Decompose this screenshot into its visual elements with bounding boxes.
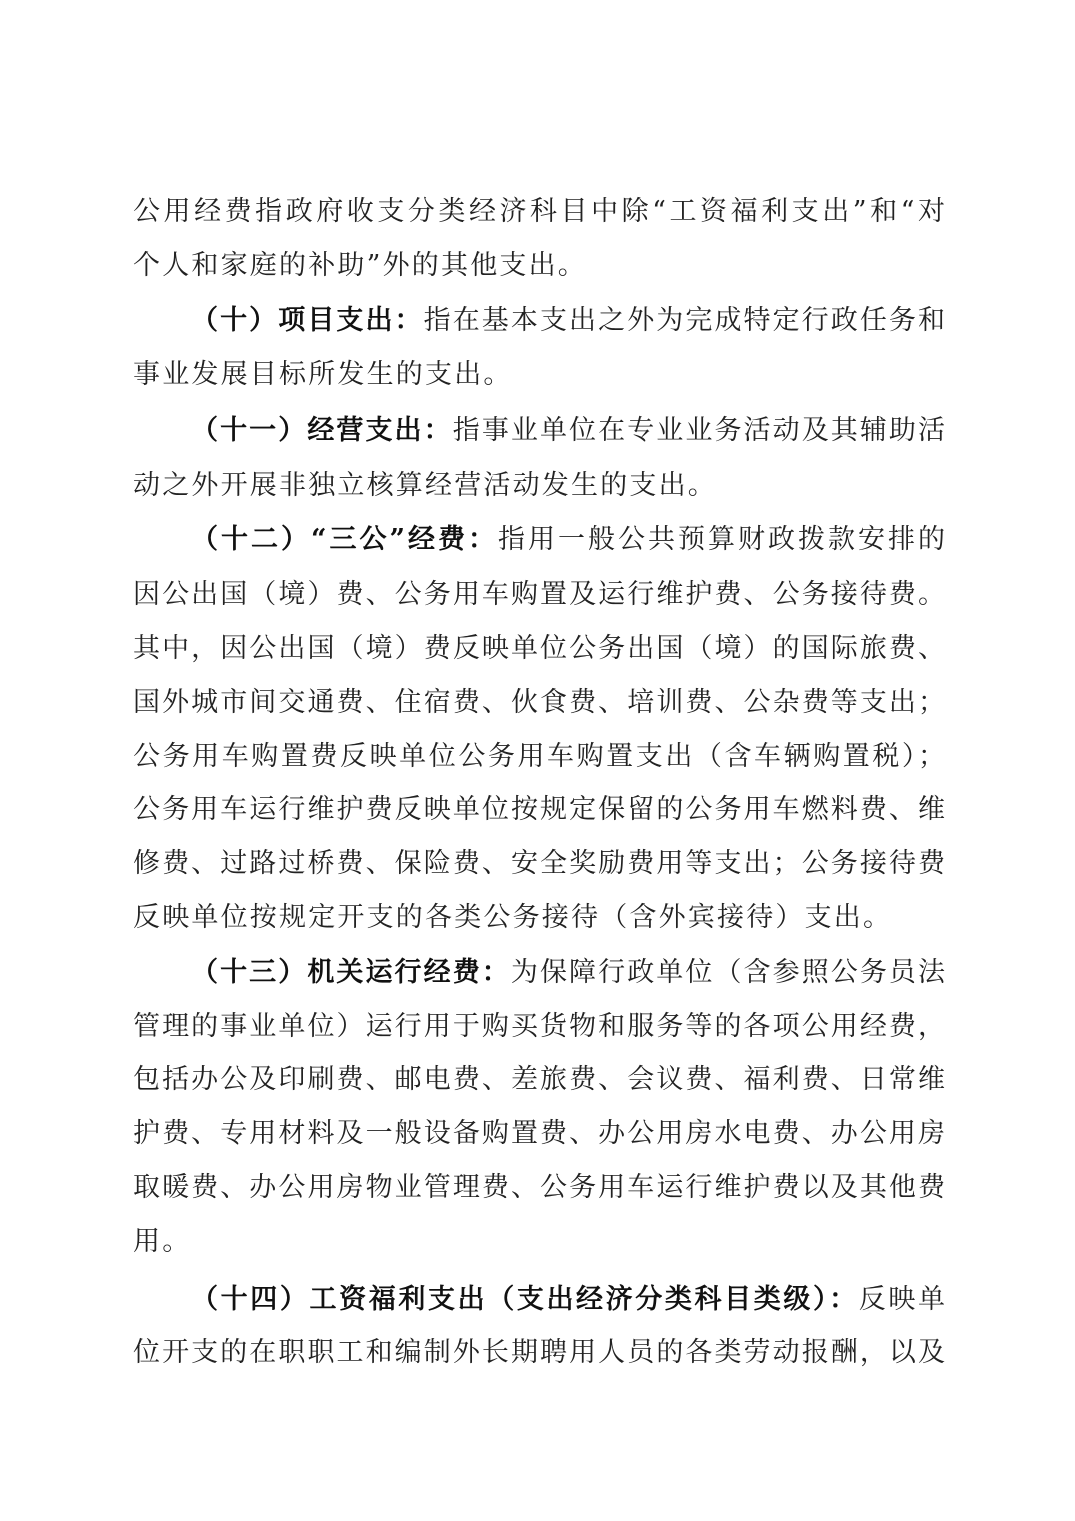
paragraph-heading-agency-operating-funds: （十三）机关运行经费： <box>191 957 511 988</box>
text-line: （十四）工资福利支出（支出经济分类科目类级）：反映单 <box>191 1280 945 1320</box>
text-line: 个人和家庭的补助”外的其他支出。 <box>133 246 945 286</box>
paragraph-text: 事业发展目标所发生的支出。 <box>133 359 513 390</box>
text-line: 动之外开展非独立核算经营活动发生的支出。 <box>133 466 945 506</box>
paragraph-heading-operating-expenditure: （十一）经营支出： <box>191 415 453 446</box>
paragraph-heading-three-public-expenses: （十二）“三公”经费： <box>191 524 498 555</box>
paragraph-text: 用。 <box>133 1226 191 1257</box>
text-line: 位开支的在职职工和编制外长期聘用人员的各类劳动报酬，以及 <box>133 1333 945 1373</box>
text-line: （十）项目支出：指在基本支出之外为完成特定行政任务和 <box>191 301 945 341</box>
text-line: （十二）“三公”经费：指用一般公共预算财政拨款安排的 <box>191 520 945 560</box>
paragraph-heading-wage-welfare-expenditure: （十四）工资福利支出（支出经济分类科目类级）： <box>191 1284 859 1315</box>
text-line: 其中，因公出国（境）费反映单位公务出国（境）的国际旅费、 <box>133 629 945 669</box>
text-line: 用。 <box>133 1222 945 1262</box>
paragraph-text: 公务用车运行维护费反映单位按规定保留的公务用车燃料费、维 <box>133 794 945 825</box>
paragraph-text: 国外城市间交通费、住宿费、伙食费、培训费、公杂费等支出； <box>133 687 945 718</box>
paragraph-text: 公用经费指政府收支分类经济科目中除“工资福利支出”和“对 <box>133 196 945 227</box>
paragraph-text: 位开支的在职职工和编制外长期聘用人员的各类劳动报酬，以及 <box>133 1337 945 1368</box>
paragraph-text: 指用一般公共预算财政拨款安排的 <box>498 524 945 555</box>
text-line: 公务用车运行维护费反映单位按规定保留的公务用车燃料费、维 <box>133 790 945 830</box>
paragraph-text: 包括办公及印刷费、邮电费、差旅费、会议费、福利费、日常维 <box>133 1064 945 1095</box>
paragraph-text: 管理的事业单位）运行用于购买货物和服务等的各项公用经费， <box>133 1011 945 1042</box>
text-line: 反映单位按规定开支的各类公务接待（含外宾接待）支出。 <box>133 898 945 938</box>
paragraph-text: 指事业单位在专业业务活动及其辅助活 <box>453 415 945 446</box>
paragraph-text: 反映单 <box>859 1284 945 1315</box>
text-line: 护费、专用材料及一般设备购置费、办公用房水电费、办公用房 <box>133 1114 945 1154</box>
text-line: 事业发展目标所发生的支出。 <box>133 355 945 395</box>
text-line: 国外城市间交通费、住宿费、伙食费、培训费、公杂费等支出； <box>133 683 945 723</box>
paragraph-text: 公务用车购置费反映单位公务用车购置支出（含车辆购置税）； <box>133 741 945 772</box>
paragraph-text: 修费、过路过桥费、保险费、安全奖励费用等支出；公务接待费 <box>133 848 945 879</box>
text-line: （十三）机关运行经费：为保障行政单位（含参照公务员法 <box>191 953 945 993</box>
text-line: 包括办公及印刷费、邮电费、差旅费、会议费、福利费、日常维 <box>133 1060 945 1100</box>
text-line: 取暖费、办公用房物业管理费、公务用车运行维护费以及其他费 <box>133 1168 945 1208</box>
paragraph-text: 个人和家庭的补助”外的其他支出。 <box>133 250 587 281</box>
paragraph-text: 为保障行政单位（含参照公务员法 <box>511 957 945 988</box>
paragraph-text: 护费、专用材料及一般设备购置费、办公用房水电费、办公用房 <box>133 1118 945 1149</box>
paragraph-text: 动之外开展非独立核算经营活动发生的支出。 <box>133 470 717 501</box>
paragraph-heading-project-expenditure: （十）项目支出： <box>191 305 424 336</box>
text-line: 管理的事业单位）运行用于购买货物和服务等的各项公用经费， <box>133 1007 945 1047</box>
text-line: 修费、过路过桥费、保险费、安全奖励费用等支出；公务接待费 <box>133 844 945 884</box>
paragraph-text: 其中，因公出国（境）费反映单位公务出国（境）的国际旅费、 <box>133 633 945 664</box>
text-line: 因公出国（境）费、公务用车购置及运行维护费、公务接待费。 <box>133 575 945 615</box>
paragraph-text: 因公出国（境）费、公务用车购置及运行维护费、公务接待费。 <box>133 579 945 610</box>
paragraph-text: 指在基本支出之外为完成特定行政任务和 <box>424 305 945 336</box>
paragraph-text: 取暖费、办公用房物业管理费、公务用车运行维护费以及其他费 <box>133 1172 945 1203</box>
text-line: 公用经费指政府收支分类经济科目中除“工资福利支出”和“对 <box>133 192 945 232</box>
paragraph-text: 反映单位按规定开支的各类公务接待（含外宾接待）支出。 <box>133 902 892 933</box>
text-line: 公务用车购置费反映单位公务用车购置支出（含车辆购置税）； <box>133 737 945 777</box>
text-line: （十一）经营支出：指事业单位在专业业务活动及其辅助活 <box>191 411 945 451</box>
document-page: 公用经费指政府收支分类经济科目中除“工资福利支出”和“对 个人和家庭的补助”外的… <box>0 0 1075 1521</box>
